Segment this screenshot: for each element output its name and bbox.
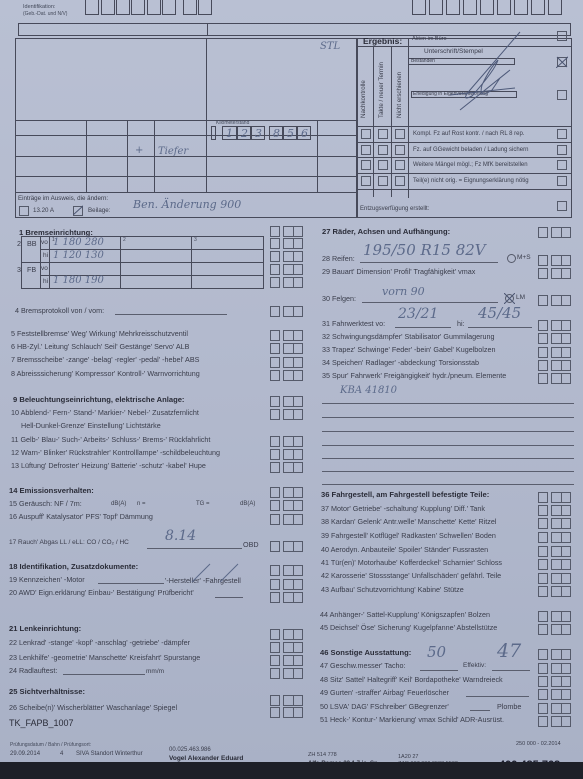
- signature-scribble: [440, 30, 530, 120]
- checkbox[interactable]: [538, 649, 548, 660]
- id-box[interactable]: [85, 0, 99, 15]
- effektiv-field[interactable]: [492, 670, 530, 671]
- checkbox-pair[interactable]: [283, 514, 303, 525]
- checkbox[interactable]: [270, 514, 280, 525]
- checkbox[interactable]: [270, 277, 280, 288]
- odometer-digit-box: [211, 126, 216, 140]
- checkbox-pair[interactable]: [283, 655, 303, 666]
- checkbox-pair[interactable]: [551, 546, 571, 557]
- note-line: [322, 471, 574, 472]
- note-line: [322, 403, 574, 404]
- brake-row-pos: vo: [41, 266, 48, 273]
- rating-checkbox-group[interactable]: [270, 343, 303, 354]
- footer-date: 29.09.2014: [10, 751, 40, 757]
- rating-checkbox-group[interactable]: [270, 238, 303, 249]
- rating-checkbox-group[interactable]: [270, 629, 303, 640]
- divider: [356, 157, 572, 158]
- id-box[interactable]: [147, 0, 161, 15]
- checkbox-pair[interactable]: [551, 649, 571, 660]
- rating-checkbox-group[interactable]: [270, 655, 303, 666]
- rating-checkbox-group[interactable]: [270, 226, 303, 237]
- id-box[interactable]: [131, 0, 145, 15]
- item-15: 15 Geräusch: NF / 7m:: [9, 500, 82, 507]
- section-27-title: 27 Räder, Achsen und Aufhängung:: [322, 228, 450, 236]
- rating-checkbox-group[interactable]: [538, 624, 571, 635]
- form-code: TK_FAPB_1007: [9, 719, 74, 728]
- checkbox-beilage[interactable]: [73, 206, 83, 216]
- fahrwerktest-vo-field[interactable]: [395, 327, 451, 328]
- checkbox[interactable]: [270, 343, 280, 354]
- id-box[interactable]: [429, 0, 443, 15]
- checkbox[interactable]: [538, 255, 548, 266]
- handwritten-code: STL: [320, 42, 340, 52]
- rating-checkbox-group[interactable]: [270, 500, 303, 511]
- brake-col-num: 3: [194, 238, 197, 243]
- rating-checkbox-group[interactable]: [270, 436, 303, 447]
- id-box[interactable]: [412, 0, 426, 15]
- checkbox[interactable]: [538, 546, 548, 557]
- pruefbericht-field[interactable]: [215, 597, 243, 598]
- odometer-digit-box: 1: [222, 126, 237, 140]
- checkbox-pair[interactable]: [283, 642, 303, 653]
- rating-checkbox-group[interactable]: [538, 333, 571, 344]
- rating-checkbox-group[interactable]: [538, 586, 571, 597]
- item-49: 49 Gurten' -straffer' Airbag' Feuerlösch…: [320, 689, 449, 696]
- checkbox-nicht-erschienen[interactable]: [395, 176, 405, 186]
- rating-checkbox-group[interactable]: [270, 277, 303, 288]
- checkbox-pair[interactable]: [551, 373, 571, 384]
- radio-ms[interactable]: [507, 254, 516, 263]
- checkbox-takte[interactable]: [378, 160, 388, 170]
- checkbox[interactable]: [538, 573, 548, 584]
- checkbox-pair[interactable]: [551, 360, 571, 371]
- checkbox-pair[interactable]: [551, 295, 571, 306]
- odometer-digit-box: 5: [283, 126, 297, 140]
- checkbox-ergebnis[interactable]: [557, 145, 567, 155]
- checkbox-entzug[interactable]: [557, 201, 567, 211]
- footer-type-code: 1A20 27: [398, 755, 419, 761]
- checkbox-pair[interactable]: [283, 565, 303, 576]
- inspection-form-sheet: Identifikation: (Geb.-Dat. und N/V) STL …: [0, 0, 583, 765]
- checkbox[interactable]: [538, 320, 548, 331]
- item-47: 47 Geschw.messer' Tacho:: [320, 662, 406, 669]
- brake-row-num: 2: [17, 240, 21, 247]
- section-46-title: 46 Sonstige Ausstattung:: [320, 649, 411, 657]
- checkbox-nachkontrolle[interactable]: [361, 176, 371, 186]
- brake-row-value[interactable]: 1 120 130: [53, 251, 104, 261]
- checkbox-pair[interactable]: [283, 487, 303, 498]
- checkbox-pair[interactable]: [283, 707, 303, 718]
- checkbox[interactable]: [270, 357, 280, 368]
- divider: [356, 173, 572, 174]
- gbegrenzer-field[interactable]: [470, 710, 490, 711]
- checkbox-nachkontrolle[interactable]: [361, 129, 371, 139]
- checkbox-pair[interactable]: [551, 716, 571, 727]
- item-15-n: n =: [137, 501, 146, 507]
- reifen-field[interactable]: [360, 262, 498, 263]
- bremsprotokoll-field[interactable]: [115, 314, 227, 315]
- rating-checkbox-group[interactable]: [538, 546, 571, 557]
- checkbox-pair[interactable]: [283, 343, 303, 354]
- fahrwerktest-hi-value: 45/45: [478, 306, 521, 321]
- footer-plate: ZH 514 778: [308, 753, 337, 759]
- checkbox-pair[interactable]: [551, 347, 571, 358]
- rating-checkbox-group[interactable]: [270, 541, 303, 552]
- bestanden-label: Bestanden: [411, 59, 435, 64]
- rating-checkbox-group[interactable]: [538, 373, 571, 384]
- footer-id-number: 00.025.463.986: [169, 747, 211, 753]
- brake-col-num: 2: [123, 238, 126, 243]
- checkbox-pair[interactable]: [283, 500, 303, 511]
- checkbox[interactable]: [538, 676, 548, 687]
- checkbox[interactable]: [270, 629, 280, 640]
- rating-checkbox-group[interactable]: [538, 676, 571, 687]
- checkbox-pair[interactable]: [551, 676, 571, 687]
- checkbox[interactable]: [538, 689, 548, 700]
- checkbox-pair[interactable]: [551, 624, 571, 635]
- reifen-value: 195/50 R15 82V: [363, 243, 486, 258]
- checkbox[interactable]: [270, 436, 280, 447]
- rating-checkbox-group[interactable]: [270, 396, 303, 407]
- rating-checkbox-group[interactable]: [538, 320, 571, 331]
- checkbox[interactable]: [270, 500, 280, 511]
- checkbox[interactable]: [538, 663, 548, 674]
- ergebnis-title: Ergebnis:: [363, 37, 402, 46]
- rating-checkbox-group[interactable]: [538, 689, 571, 700]
- id-box[interactable]: [514, 0, 528, 15]
- checkbox-pair[interactable]: [283, 436, 303, 447]
- checkbox-nicht-erschienen[interactable]: [395, 129, 405, 139]
- checkbox[interactable]: [538, 268, 548, 279]
- rating-checkbox-group[interactable]: [538, 347, 571, 358]
- col-nachkontrolle: Nachkontrolle: [360, 80, 367, 118]
- rating-checkbox-group[interactable]: [270, 330, 303, 341]
- rating-checkbox-group[interactable]: [538, 268, 571, 279]
- footer-print-ref: 250 000 - 02.2014: [516, 742, 561, 748]
- checkbox-nicht-erschienen[interactable]: [395, 145, 405, 155]
- id-box[interactable]: [101, 0, 115, 15]
- rating-checkbox-group[interactable]: [270, 462, 303, 473]
- divider: [15, 120, 357, 121]
- item-19: 19 Kennzeichen' -Motor: [9, 576, 85, 583]
- rating-checkbox-group[interactable]: [270, 409, 303, 420]
- id-box[interactable]: [116, 0, 130, 15]
- checkbox-takte[interactable]: [378, 145, 388, 155]
- checkbox-pair[interactable]: [551, 227, 571, 238]
- id-box[interactable]: [497, 0, 511, 15]
- checkbox-nachkontrolle[interactable]: [361, 145, 371, 155]
- checkbox-pair[interactable]: [551, 611, 571, 622]
- checkbox-bestanden[interactable]: [557, 57, 567, 67]
- checkbox[interactable]: [538, 586, 548, 597]
- rating-checkbox-group[interactable]: [270, 695, 303, 706]
- divider: [86, 120, 87, 192]
- col-nicht-erschienen: Nicht erschienen: [396, 72, 403, 118]
- checkbox-pair[interactable]: [283, 264, 303, 275]
- checkbox[interactable]: [538, 373, 548, 384]
- divider: [373, 47, 374, 197]
- section-25-title: 25 Sichtverhältnisse:: [9, 688, 85, 696]
- checkbox[interactable]: [538, 360, 548, 371]
- item-4: 4 Bremsprotokoll von / vom:: [15, 307, 104, 314]
- divider: [127, 120, 128, 192]
- tacho-field[interactable]: [420, 670, 458, 671]
- divider: [391, 47, 392, 197]
- divider: [15, 176, 357, 177]
- checkbox-takte[interactable]: [378, 176, 388, 186]
- rating-checkbox-group[interactable]: [270, 579, 303, 590]
- checkbox[interactable]: [270, 487, 280, 498]
- checkbox-1320a[interactable]: [19, 206, 29, 216]
- checkbox-pair[interactable]: [283, 238, 303, 249]
- item-37: 37 Motor' Getriebe' -schaltung' Kupplung…: [321, 505, 485, 512]
- checkbox[interactable]: [270, 655, 280, 666]
- checkbox-pair[interactable]: [283, 462, 303, 473]
- id-box[interactable]: [183, 0, 197, 15]
- checkbox[interactable]: [538, 716, 548, 727]
- checkbox-pair[interactable]: [283, 449, 303, 460]
- checkbox-pair[interactable]: [283, 629, 303, 640]
- checkbox-pair[interactable]: [283, 370, 303, 381]
- rating-checkbox-group[interactable]: [270, 357, 303, 368]
- rating-checkbox-group[interactable]: [538, 227, 571, 238]
- checkbox-pair[interactable]: [283, 695, 303, 706]
- item-50b: Plombe: [497, 703, 521, 710]
- rating-checkbox-group[interactable]: [538, 518, 571, 529]
- brake-row-value[interactable]: 1 180 190: [53, 276, 104, 286]
- rating-checkbox-group[interactable]: [270, 565, 303, 576]
- checkbox[interactable]: [270, 541, 280, 552]
- checkbox[interactable]: [538, 624, 548, 635]
- checkbox[interactable]: [270, 462, 280, 473]
- id-box[interactable]: [463, 0, 477, 15]
- checkbox-pair[interactable]: [283, 409, 303, 420]
- odometer-digit-box: 2: [237, 126, 251, 140]
- checkbox[interactable]: [270, 370, 280, 381]
- item-8: 8 Abreisssicherung' Kompressor' Kontroll…: [11, 370, 200, 377]
- checkbox[interactable]: [270, 579, 280, 590]
- checkbox-pair[interactable]: [283, 668, 303, 679]
- checkbox-ergebnis[interactable]: [557, 176, 567, 186]
- item-10: 10 Abblend-' Fern-' Stand-' Markier-' Ne…: [11, 409, 199, 416]
- checkbox[interactable]: [270, 330, 280, 341]
- entzug-label: Entzugsverfügung erstellt:: [360, 206, 429, 212]
- rating-checkbox-group[interactable]: [538, 295, 571, 306]
- felgen-field[interactable]: [362, 302, 498, 303]
- id-box[interactable]: [162, 0, 176, 15]
- checkbox-pair[interactable]: [283, 592, 303, 603]
- item-30: 30 Felgen:: [322, 295, 356, 302]
- rating-checkbox-group[interactable]: [538, 649, 571, 660]
- identification-label: Identifikation:: [23, 5, 55, 11]
- checkbox[interactable]: [538, 492, 548, 503]
- checkbox[interactable]: [538, 227, 548, 238]
- checkbox-eigenverantwortung[interactable]: [557, 90, 567, 100]
- checkbox-pair[interactable]: [283, 330, 303, 341]
- checkbox-pair[interactable]: [551, 518, 571, 529]
- rating-checkbox-group[interactable]: [538, 573, 571, 584]
- checkbox[interactable]: [270, 396, 280, 407]
- footer-place: SIVA Standort Winterthur: [76, 751, 143, 757]
- rating-checkbox-group[interactable]: [538, 559, 571, 570]
- checkbox[interactable]: [538, 559, 548, 570]
- checkbox-pair[interactable]: [551, 532, 571, 543]
- item-50: 50 LSVA' DAG' FSchreiber' GBegrenzer': [320, 703, 449, 710]
- rating-checkbox-group[interactable]: [270, 592, 303, 603]
- rating-checkbox-group[interactable]: [270, 370, 303, 381]
- checkbox[interactable]: [270, 238, 280, 249]
- item-10b: Hell-Dunkel-Grenze' Einstellung' Lichtst…: [21, 422, 161, 429]
- id-box[interactable]: [480, 0, 494, 15]
- checkbox[interactable]: [270, 226, 280, 237]
- checkbox-pair[interactable]: [551, 320, 571, 331]
- felgen-value: vorn 90: [382, 286, 425, 297]
- rating-checkbox-group[interactable]: [538, 492, 571, 503]
- brake-row-value[interactable]: 1 180 280: [53, 238, 104, 248]
- id-box[interactable]: [548, 0, 562, 15]
- rating-checkbox-group[interactable]: [538, 703, 571, 714]
- checkbox[interactable]: [270, 695, 280, 706]
- divider: [356, 38, 358, 218]
- checkbox-ergebnis[interactable]: [557, 160, 567, 170]
- checkbox-pair[interactable]: [283, 357, 303, 368]
- divider: [154, 120, 155, 192]
- item-48: 48 Sitz' Sattel' Haltegriff' Keil' Borda…: [320, 676, 503, 683]
- rating-checkbox-group[interactable]: [270, 642, 303, 653]
- checkbox-pair[interactable]: [551, 492, 571, 503]
- rating-checkbox-group[interactable]: [538, 611, 571, 622]
- checkbox-akten[interactable]: [557, 31, 567, 41]
- checkbox[interactable]: [270, 264, 280, 275]
- item-26: 26 Scheibe(n)' Wischerblätter' Waschanla…: [9, 704, 177, 711]
- rating-checkbox-group[interactable]: [538, 255, 571, 266]
- checkbox[interactable]: [538, 703, 548, 714]
- item-17-obd: OBD: [243, 541, 259, 548]
- divider: [206, 38, 207, 193]
- item-28: 28 Reifen:: [322, 255, 355, 262]
- rating-checkbox-group[interactable]: [538, 663, 571, 674]
- section-9-title: 9 Beleuchtungseinrichtung, elektrische A…: [13, 396, 184, 404]
- checkbox-pair[interactable]: [551, 703, 571, 714]
- radlauftest-field[interactable]: [63, 674, 145, 675]
- checkbox[interactable]: [270, 592, 280, 603]
- rating-checkbox-group[interactable]: [538, 532, 571, 543]
- checkbox[interactable]: [270, 668, 280, 679]
- checkbox-pair[interactable]: [283, 251, 303, 262]
- fahrwerktest-vo-value: 23/21: [398, 307, 438, 321]
- checkbox-pair[interactable]: [551, 255, 571, 266]
- ergebnis-row-label: Weitere Mängel mögl.; Fz MfK bereitstell…: [413, 162, 528, 168]
- checkbox-pair[interactable]: [283, 396, 303, 407]
- checkbox-pair[interactable]: [551, 333, 571, 344]
- rating-checkbox-group[interactable]: [270, 264, 303, 275]
- brake-row-pos: hi: [43, 253, 48, 260]
- abgas-value: 8.14: [165, 529, 196, 543]
- id-box[interactable]: [531, 0, 545, 15]
- rating-checkbox-group[interactable]: [270, 306, 303, 317]
- checkbox-pair[interactable]: [283, 579, 303, 590]
- rating-checkbox-group[interactable]: [270, 251, 303, 262]
- checkbox[interactable]: [538, 505, 548, 516]
- id-box[interactable]: [198, 0, 212, 15]
- item-43: 43 Aufbau' Schutzvorrichtung' Kabine' St…: [321, 586, 464, 593]
- fahrwerktest-hi-field[interactable]: [468, 327, 532, 328]
- identification-sub-label: (Geb.-Dat. und N/V): [23, 12, 67, 17]
- item-34: 34 Speichen' Radlager' -abdeckung' Torsi…: [322, 359, 479, 366]
- checkbox[interactable]: [538, 518, 548, 529]
- checkbox-nachkontrolle[interactable]: [361, 160, 371, 170]
- checkbox[interactable]: [538, 347, 548, 358]
- item-23: 23 Lenkhilfe' -geometrie' Manschette' Kr…: [9, 654, 200, 661]
- item-15-tg: TG =: [196, 501, 210, 507]
- checkbox[interactable]: [270, 409, 280, 420]
- checkbox-pair[interactable]: [551, 268, 571, 279]
- divider: [21, 262, 264, 263]
- checkbox-takte[interactable]: [378, 129, 388, 139]
- checkbox[interactable]: [538, 333, 548, 344]
- checkbox[interactable]: [538, 611, 548, 622]
- item-5: 5 Feststellbremse' Weg' Wirkung' Mehrkre…: [11, 330, 188, 337]
- rating-checkbox-group[interactable]: [270, 668, 303, 679]
- item-33: 33 Trapez' Schwinge' Feder' -bein' Gabel…: [322, 346, 495, 353]
- checkbox[interactable]: [538, 532, 548, 543]
- checkbox-pair[interactable]: [551, 689, 571, 700]
- checkbox-pair[interactable]: [551, 586, 571, 597]
- rating-checkbox-group[interactable]: [270, 487, 303, 498]
- checkbox[interactable]: [270, 251, 280, 262]
- item-22: 22 Lenkrad' -stange' -kopf' -anschlag' -…: [9, 639, 190, 646]
- checkbox-pair[interactable]: [283, 277, 303, 288]
- ergebnis-row-label: Kompl. Fz auf Rost kontr. / nach RL 8 re…: [413, 131, 525, 137]
- item-16: 16 Auspuff' Katalysator' PFS' Topf' Dämm…: [9, 513, 153, 520]
- checkbox-pair[interactable]: [283, 226, 303, 237]
- checkbox-pair[interactable]: [551, 573, 571, 584]
- checkbox-pair[interactable]: [551, 559, 571, 570]
- divider: [207, 23, 208, 36]
- id-box[interactable]: [446, 0, 460, 15]
- note-line: [322, 431, 574, 432]
- checkbox[interactable]: [270, 449, 280, 460]
- checkbox-pair[interactable]: [283, 541, 303, 552]
- checkbox-nicht-erschienen[interactable]: [395, 160, 405, 170]
- checkbox[interactable]: [270, 642, 280, 653]
- checkbox[interactable]: [270, 707, 280, 718]
- checkbox-pair[interactable]: [551, 663, 571, 674]
- feuerloescher-field[interactable]: [466, 696, 529, 697]
- rating-checkbox-group[interactable]: [270, 514, 303, 525]
- radio-lm[interactable]: [505, 294, 514, 303]
- note-line: [322, 445, 574, 446]
- checkbox-pair[interactable]: [283, 306, 303, 317]
- checkbox[interactable]: [270, 306, 280, 317]
- row-note-text: Tiefer: [158, 147, 188, 157]
- rating-checkbox-group[interactable]: [538, 360, 571, 371]
- rating-checkbox-group[interactable]: [270, 707, 303, 718]
- beilage-handwritten: Ben. Änderung 900: [133, 199, 241, 210]
- col-takte: Takte / neuer Termin: [378, 62, 385, 118]
- rating-checkbox-group[interactable]: [270, 449, 303, 460]
- rating-checkbox-group[interactable]: [538, 505, 571, 516]
- checkbox[interactable]: [270, 565, 280, 576]
- checkbox-ergebnis[interactable]: [557, 129, 567, 139]
- kennzeichen-field[interactable]: [98, 583, 164, 584]
- abgas-field[interactable]: [147, 548, 242, 549]
- checkbox-pair[interactable]: [551, 505, 571, 516]
- rating-checkbox-group[interactable]: [538, 716, 571, 727]
- checkbox[interactable]: [538, 295, 548, 306]
- item-11: 11 Gelb-' Blau-' Such-' Arbeits-' Schlus…: [11, 436, 210, 443]
- cross-mark-icon: [504, 293, 515, 304]
